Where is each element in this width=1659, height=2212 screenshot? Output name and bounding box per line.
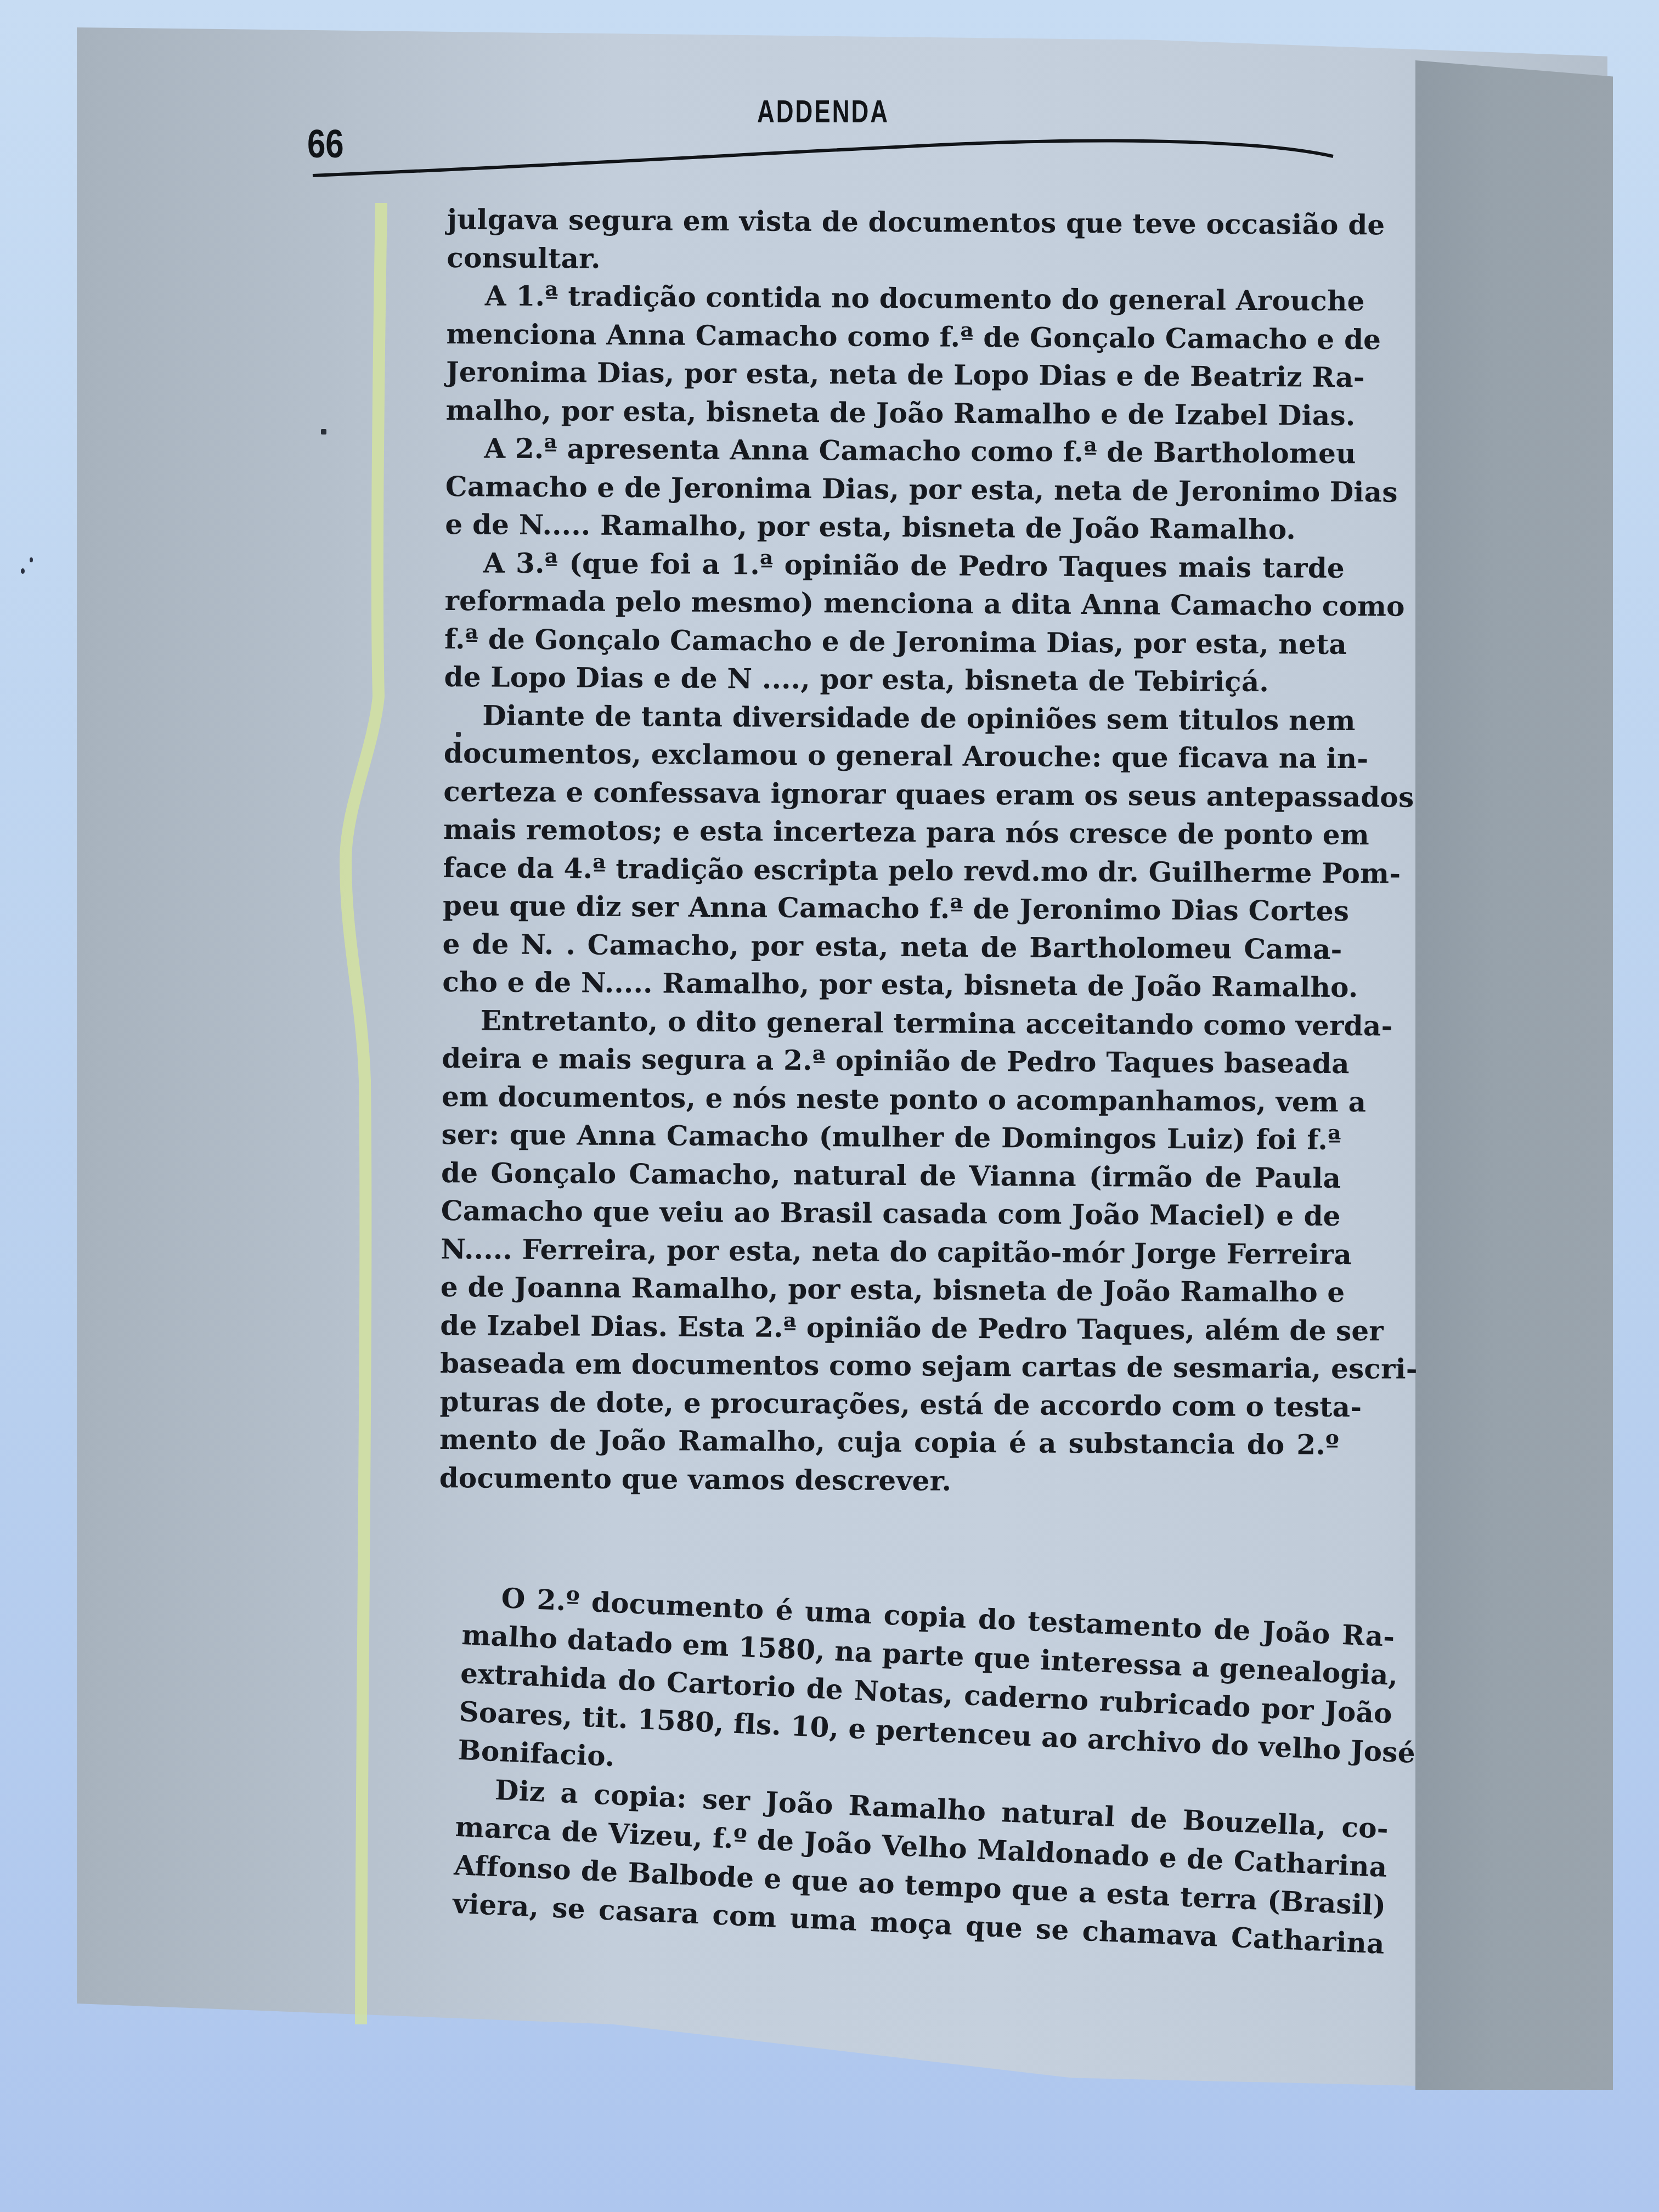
text-line: cho e de N..... Ramalho, por esta, bisne… [442, 963, 1342, 1007]
text-line: deira e mais segura a 2.ª opinião de Ped… [442, 1039, 1341, 1083]
stray-ink-speck [21, 568, 25, 574]
text-line: A 3.ª (que foi a 1.ª opinião de Pedro Ta… [445, 543, 1345, 587]
text-line: e de Joanna Ramalho, por esta, bisneta d… [441, 1268, 1340, 1312]
text-line: e de N..... Ramalho, por esta, bisneta d… [445, 505, 1345, 549]
text-line: reformada pelo mesmo) menciona a dita An… [444, 582, 1344, 625]
text-line: baseada em documentos como sejam cartas … [440, 1344, 1340, 1388]
text-line: mento de João Ramalho, cuja copia é a su… [439, 1420, 1339, 1464]
text-line: julgava segura em vista de documentos qu… [447, 200, 1347, 244]
text-line: em documentos, e nós neste ponto o acomp… [442, 1077, 1341, 1121]
text-line: documentos, exclamou o general Arouche: … [444, 734, 1344, 778]
text-line: menciona Anna Camacho como f.ª de Gonçal… [446, 314, 1346, 358]
text-line: de Gonçalo Camacho, natural de Vianna (i… [441, 1153, 1341, 1197]
body-text-lower: O 2.º documento é uma copia do testament… [452, 1577, 1395, 1963]
text-line: A 1.ª tradição contida no documento do g… [447, 276, 1346, 320]
text-line: e de N. . Camacho, por esta, neta de Bar… [443, 924, 1342, 968]
header-rule-line [307, 99, 1339, 192]
text-line: pturas de dote, e procurações, está de a… [439, 1382, 1339, 1426]
text-line: ser: que Anna Camacho (mulher de Domingo… [441, 1115, 1341, 1159]
ink-speck [321, 429, 326, 435]
text-line: Camacho e de Jeronima Dias, por esta, ne… [445, 467, 1345, 511]
page-gutter-shadow [1415, 60, 1613, 2090]
text-line: documento que vamos descrever. [439, 1458, 1339, 1502]
text-line: Diante de tanta diversidade de opiniões … [444, 696, 1344, 740]
text-line: mais remotos; e esta incerteza para nós … [443, 810, 1343, 854]
text-line: Entretanto, o dito general termina accei… [442, 1001, 1342, 1045]
text-line: Jeronima Dias, por esta, neta de Lopo Di… [446, 353, 1346, 397]
text-line: de Izabel Dias. Esta 2.ª opinião de Pedr… [440, 1306, 1340, 1350]
body-text-upper: julgava segura em vista de documentos qu… [439, 200, 1347, 1502]
text-line: A 2.ª apresenta Anna Camacho como f.ª de… [445, 429, 1345, 473]
text-line: N..... Ferreira, por esta, neta do capit… [441, 1229, 1340, 1273]
stray-ink-speck [30, 557, 33, 562]
page-header: 66 ADDENDA [307, 99, 1339, 192]
text-line: face da 4.ª tradição escripta pelo revd.… [443, 848, 1342, 892]
text-line: Camacho que veiu ao Brasil casada com Jo… [441, 1192, 1341, 1235]
text-line: peu que diz ser Anna Camacho f.ª de Jero… [443, 887, 1342, 930]
text-line: certeza e confessava ignorar quaes eram … [443, 772, 1343, 816]
text-line: consultar. [447, 238, 1346, 282]
text-line: malho, por esta, bisneta de João Ramalho… [445, 391, 1345, 435]
text-line: de Lopo Dias e de N ...., por esta, bisn… [444, 658, 1344, 702]
text-line: f.ª de Gonçalo Camacho e de Jeronima Dia… [444, 619, 1344, 663]
